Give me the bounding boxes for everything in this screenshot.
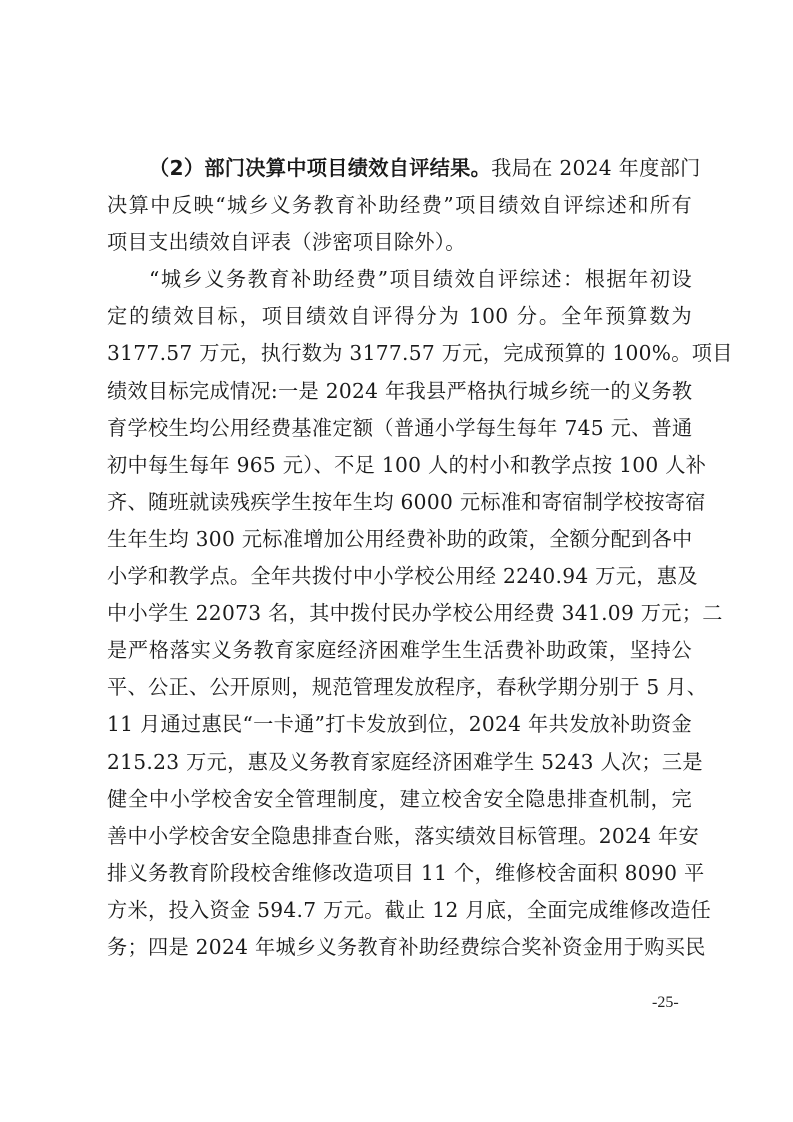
paragraph-2-line-19: 务；四是 2024 年城乡义务教育补助经费综合奖补资金用于购买民 <box>107 929 692 966</box>
page-number: -25- <box>652 994 679 1012</box>
paragraph-1-line-3: 项目支出绩效自评表（涉密项目除外）。 <box>107 224 692 261</box>
paragraph-2-line-18: 方米，投入资金 594.7 万元。截止 12 月底，全面完成维修改造任 <box>107 892 692 929</box>
paragraph-2-line-8: 生年生均 300 元标准增加公用经费补助的政策，全额分配到各中 <box>107 521 692 558</box>
paragraph-2-line-12: 平、公正、公开原则，规范管理发放程序，春秋学期分别于 5 月、 <box>107 669 692 706</box>
paragraph-2-line-15: 健全中小学校舍安全管理制度，建立校舍安全隐患排查机制，完 <box>107 781 692 818</box>
paragraph-1-line-2: 决算中反映“城乡义务教育补助经费”项目绩效自评综述和所有 <box>107 187 692 224</box>
paragraph-2-line-7: 齐、随班就读残疾学生按年生均 6000 元标准和寄宿制学校按寄宿 <box>107 484 692 521</box>
paragraph-2-line-16: 善中小学校舍安全隐患排查台账，落实绩效目标管理。2024 年安 <box>107 818 692 855</box>
paragraph-2-line-1: “城乡义务教育补助经费”项目绩效自评综述：根据年初设 <box>107 261 692 298</box>
section-heading: （2）部门决算中项目绩效自评结果。 <box>149 156 491 180</box>
document-body: （2）部门决算中项目绩效自评结果。我局在 2024 年度部门 决算中反映“城乡义… <box>107 150 692 966</box>
paragraph-1-text: 我局在 2024 年度部门 <box>491 156 700 180</box>
paragraph-2-line-11: 是严格落实义务教育家庭经济困难学生生活费补助政策，坚持公 <box>107 632 692 669</box>
paragraph-2-line-6: 初中每生每年 965 元）、不足 100 人的村小和教学点按 100 人补 <box>107 447 692 484</box>
paragraph-2-line-9: 小学和教学点。全年共拨付中小学校公用经 2240.94 万元，惠及 <box>107 558 692 595</box>
paragraph-2-line-13: 11 月通过惠民“一卡通”打卡发放到位，2024 年共发放补助资金 <box>107 706 692 743</box>
paragraph-2-line-14: 215.23 万元，惠及义务教育家庭经济困难学生 5243 人次；三是 <box>107 744 692 781</box>
paragraph-2-line-3: 3177.57 万元，执行数为 3177.57 万元，完成预算的 100%。项目 <box>107 335 692 372</box>
paragraph-2-line-2: 定的绩效目标，项目绩效自评得分为 100 分。全年预算数为 <box>107 298 692 335</box>
paragraph-2-line-10: 中小学生 22073 名，其中拨付民办学校公用经费 341.09 万元；二 <box>107 595 692 632</box>
paragraph-1-line-1: （2）部门决算中项目绩效自评结果。我局在 2024 年度部门 <box>107 150 692 187</box>
paragraph-2-line-4: 绩效目标完成情况:一是 2024 年我县严格执行城乡统一的义务教 <box>107 373 692 410</box>
paragraph-2-line-5: 育学校生均公用经费基准定额（普通小学每生每年 745 元、普通 <box>107 410 692 447</box>
paragraph-2-line-17: 排义务教育阶段校舍维修改造项目 11 个，维修校舍面积 8090 平 <box>107 855 692 892</box>
